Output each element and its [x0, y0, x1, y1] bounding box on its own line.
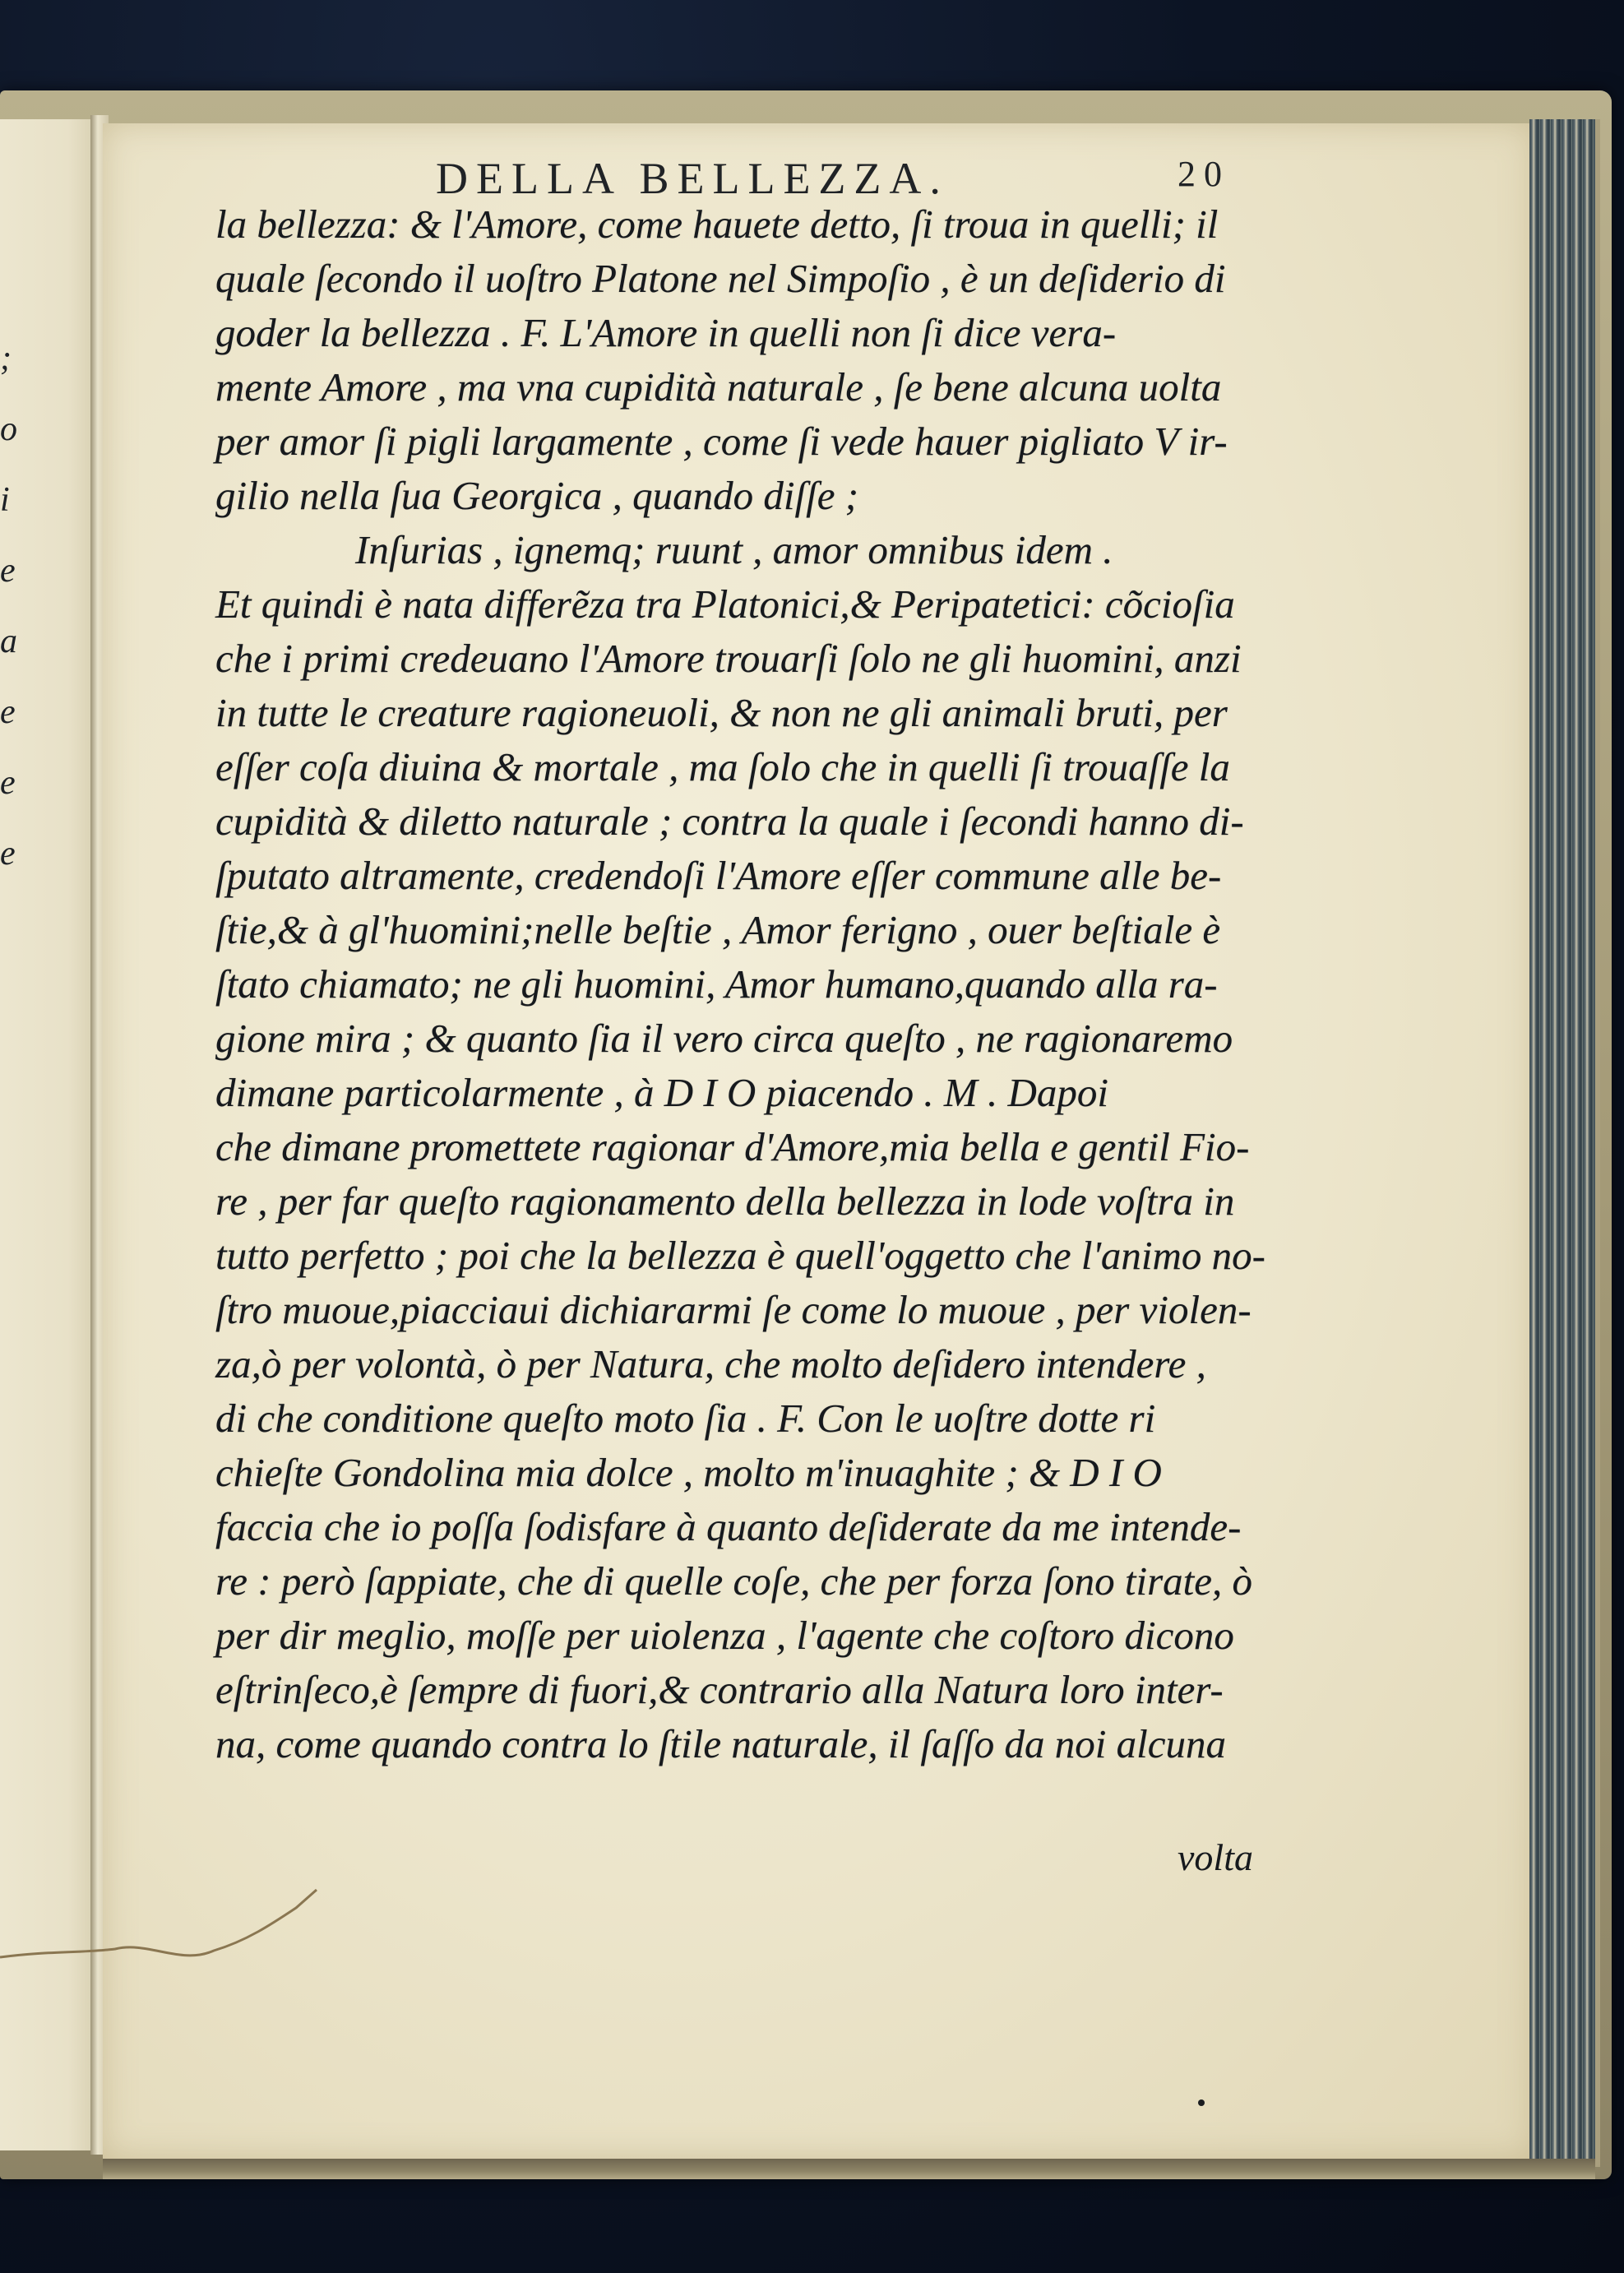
left-char: o — [0, 412, 25, 447]
left-page-edge-text: ; o i e a e e e — [0, 341, 25, 871]
text-line: tutto perfetto ; poi che la bellezza è q… — [215, 1229, 1334, 1283]
text-line: za,ò per volontà, ò per Natura, che molt… — [215, 1337, 1334, 1391]
running-head: DELLA BELLEZZA. — [436, 153, 949, 204]
text-line: per dir meglio, moſſe per uiolenza , l'a… — [215, 1609, 1334, 1663]
text-line: ſtie,& à gl'huomini;nelle beſtie , Amor … — [215, 903, 1334, 957]
page-fore-edge — [1529, 119, 1600, 2167]
text-line: eſſer coſa diuina & mortale , ma ſolo ch… — [215, 740, 1334, 794]
text-line: per amor ſi pigli largamente , come ſi v… — [215, 414, 1334, 469]
catchword: volta — [1178, 1836, 1253, 1879]
left-char: i — [0, 483, 25, 517]
page-tear — [0, 1875, 329, 1974]
text-line: goder la bellezza . F. L'Amore in quelli… — [215, 306, 1334, 360]
ink-spot — [1198, 2099, 1205, 2106]
left-char: e — [0, 766, 25, 800]
verse-quotation: Inſurias , ignemq; ruunt , amor omnibus … — [215, 523, 1334, 577]
text-line: faccia che io poſſa ſodisfare à quanto d… — [215, 1500, 1334, 1554]
left-char: ; — [0, 341, 25, 376]
page-number: 20 — [1178, 153, 1230, 195]
text-line: mente Amore , ma vna cupidità naturale ,… — [215, 360, 1334, 414]
left-char: e — [0, 836, 25, 871]
text-line: dimane particolarmente , à D I O piacend… — [215, 1066, 1334, 1120]
text-line: Et quindi è nata differẽza tra Platonici… — [215, 577, 1334, 632]
text-line: na, come quando contra lo ſtile naturale… — [215, 1717, 1334, 1771]
text-line: re : però ſappiate, che di quelle coſe, … — [215, 1554, 1334, 1609]
text-line: ſtro muoue,piacciaui dichiararmi ſe come… — [215, 1283, 1334, 1337]
text-line: chieſte Gondolina mia dolce , molto m'in… — [215, 1446, 1334, 1500]
text-line: quale ſecondo il uoſtro Platone nel Simp… — [215, 252, 1334, 306]
text-line: eſtrinſeco,è ſempre di fuori,& contrario… — [215, 1663, 1334, 1717]
text-line: di che conditione queſto moto ſia . F. C… — [215, 1391, 1334, 1446]
left-char: e — [0, 695, 25, 729]
text-line: ſtato chiamato; ne gli huomini, Amor hum… — [215, 957, 1334, 1012]
left-char: a — [0, 624, 25, 659]
text-line: cupidità & diletto naturale ; contra la … — [215, 794, 1334, 849]
text-line: gione mira ; & quanto ſia il vero circa … — [215, 1012, 1334, 1066]
text-line: la bellezza: & l'Amore, come hauete dett… — [215, 197, 1334, 252]
text-line: che i primi credeuano l'Amore trouarſi ſ… — [215, 632, 1334, 686]
text-line: ſputato altramente, credendoſi l'Amore e… — [215, 849, 1334, 903]
text-line: in tutte le creature ragioneuoli, & non … — [215, 686, 1334, 740]
text-line: re , per far queſto ragionamento della b… — [215, 1174, 1334, 1229]
text-line: che dimane promettete ragionar d'Amore,m… — [215, 1120, 1334, 1174]
left-page: ; o i e a e e e — [0, 119, 99, 2150]
left-char: e — [0, 553, 25, 588]
text-line: gilio nella ſua Georgica , quando diſſe … — [215, 469, 1334, 523]
body-text: la bellezza: & l'Amore, come hauete dett… — [215, 197, 1334, 1771]
page-bottom-edge — [103, 2159, 1595, 2179]
